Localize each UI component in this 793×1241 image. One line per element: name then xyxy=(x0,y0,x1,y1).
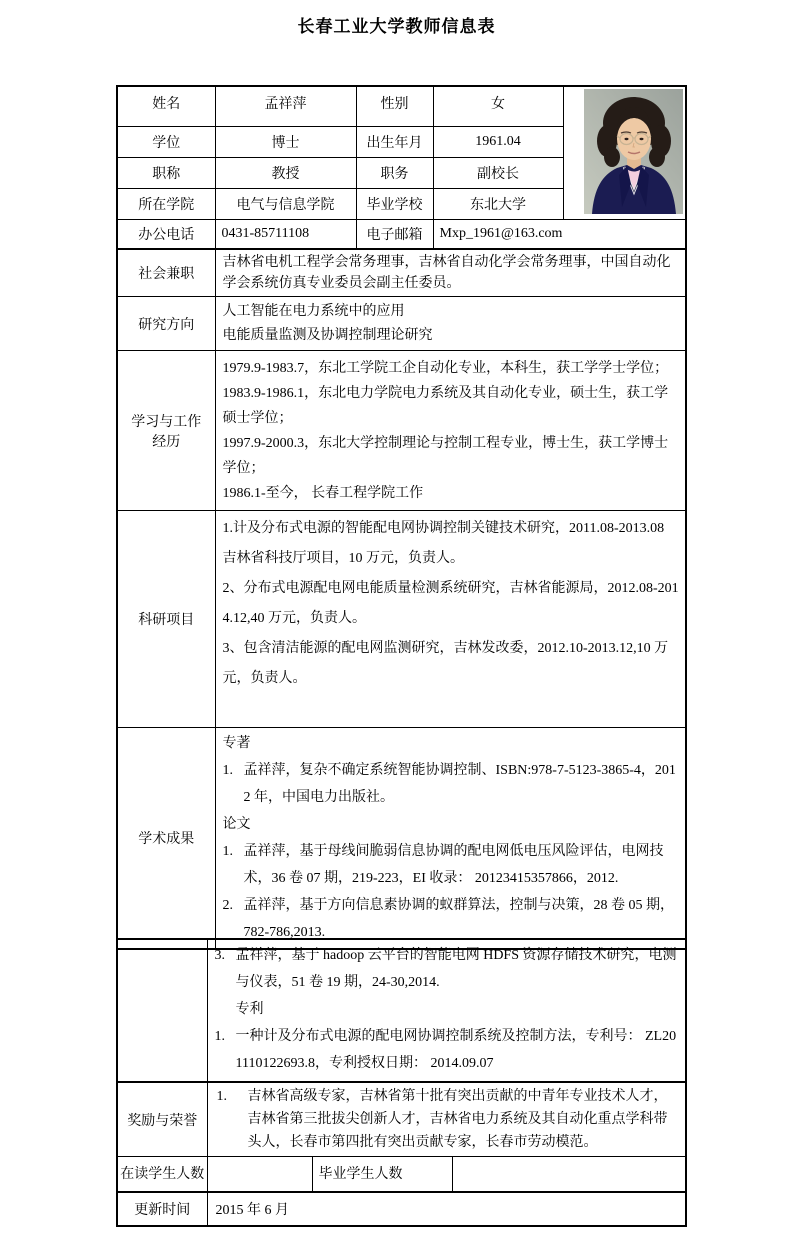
papers-heading: 论文 xyxy=(223,811,680,838)
monograph-item: 1. 孟祥萍，复杂不确定系统智能协调控制、ISBN:978-7-5123-386… xyxy=(223,757,680,811)
research-line: 人工智能在电力系统中的应用 xyxy=(223,300,680,324)
row-achievements: 学术成果 专著 1. 孟祥萍，复杂不确定系统智能协调控制、ISBN:978-7-… xyxy=(117,728,686,950)
experience-item: 1986.1-至今， 长春工程学院工作 xyxy=(223,481,680,506)
item-text: 吉林省高级专家，吉林省第十批有突出贡献的中青年专业技术人才，吉林省第三批拔尖创新… xyxy=(248,1089,668,1150)
achievements-label: 学术成果 xyxy=(117,728,215,950)
patent-item: 1. 一种计及分布式电源的配电网协调控制系统及控制方法，专利号： ZL20111… xyxy=(215,1023,680,1077)
college-label: 所在学院 xyxy=(117,188,215,219)
row-awards: 奖励与荣誉 1. 吉林省高级专家，吉林省第十批有突出贡献的中青年专业技术人才，吉… xyxy=(117,1082,686,1157)
patent-heading: 专利 xyxy=(215,996,680,1023)
project-item: 1.计及分布式电源的智能配电网协调控制关键技术研究，2011.08-2013.0… xyxy=(223,514,680,574)
experience-item: 1997.9-2000.3，东北大学控制理论与控制工程专业，博士生，获工学博士学… xyxy=(223,431,680,481)
birth-label: 出生年月 xyxy=(356,126,433,157)
achievements-continued-empty-label xyxy=(117,939,207,1082)
achievements-continued-text: 3. 孟祥萍，基于 hadoop 云平台的智能电网 HDFS 资源存储技术研究，… xyxy=(207,939,686,1082)
degree-label: 学位 xyxy=(117,126,215,157)
graduated-students-value xyxy=(452,1157,686,1192)
position-value: 副校长 xyxy=(433,157,563,188)
degree-value: 博士 xyxy=(215,126,356,157)
item-number: 1. xyxy=(223,757,234,784)
teacher-info-table-continued: 3. 孟祥萍，基于 hadoop 云平台的智能电网 HDFS 资源存储技术研究，… xyxy=(116,938,687,1227)
email-label: 电子邮箱 xyxy=(356,219,433,249)
project-item: 3、包含清洁能源的配电网监测研究，吉林发改委，2012.10-2013.12,1… xyxy=(223,634,680,694)
item-number: 1. xyxy=(217,1085,228,1108)
photo-cell xyxy=(563,86,686,219)
teacher-info-table-main: 姓名 孟祥萍 性别 女 xyxy=(116,85,687,950)
row-students: 在读学生人数 毕业学生人数 xyxy=(117,1157,686,1192)
updated-label: 更新时间 xyxy=(117,1192,207,1226)
graduated-students-label: 毕业学生人数 xyxy=(312,1157,452,1192)
paper-item: 1. 孟祥萍，基于母线间脆弱信息协调的配电网低电压风险评估，电网技术，36 卷 … xyxy=(223,838,680,892)
project-item: 2、分布式电源配电网电能质量检测系统研究，吉林省能源局，2012.08-2014… xyxy=(223,574,680,634)
paper-item: 3. 孟祥萍，基于 hadoop 云平台的智能电网 HDFS 资源存储技术研究，… xyxy=(215,942,680,996)
item-text: 孟祥萍，基于母线间脆弱信息协调的配电网低电压风险评估，电网技术，36 卷 07 … xyxy=(244,844,664,886)
experience-label-line2: 经历 xyxy=(120,431,213,451)
phone-label: 办公电话 xyxy=(117,219,215,249)
row-research-direction: 研究方向 人工智能在电力系统中的应用 电能质量监测及协调控制理论研究 xyxy=(117,297,686,351)
alma-mater-value: 东北大学 xyxy=(433,188,563,219)
item-text: 孟祥萍，复杂不确定系统智能协调控制、ISBN:978-7-5123-3865-4… xyxy=(244,763,676,805)
awards-text: 1. 吉林省高级专家，吉林省第十批有突出贡献的中青年专业技术人才，吉林省第三批拔… xyxy=(207,1082,686,1157)
item-text: 一种计及分布式电源的配电网协调控制系统及控制方法，专利号： ZL20111012… xyxy=(236,1029,677,1071)
row-phone-email: 办公电话 0431-85711108 电子邮箱 Mxp_1961@163.com xyxy=(117,219,686,249)
row-social: 社会兼职 吉林省电机工程学会常务理事，吉林省自动化学会常务理事，中国自动化学会系… xyxy=(117,249,686,297)
item-number: 2. xyxy=(223,892,234,919)
experience-item: 1979.9-1983.7，东北工学院工企自动化专业，本科生，获工学学士学位； xyxy=(223,356,680,381)
portrait-illustration xyxy=(584,89,683,214)
phone-value: 0431-85711108 xyxy=(215,219,356,249)
college-value: 电气与信息学院 xyxy=(215,188,356,219)
monograph-heading: 专著 xyxy=(223,730,680,757)
current-students-label: 在读学生人数 xyxy=(117,1157,207,1192)
name-label: 姓名 xyxy=(117,86,215,126)
alma-mater-label: 毕业学校 xyxy=(356,188,433,219)
social-label: 社会兼职 xyxy=(117,249,215,297)
gender-label: 性别 xyxy=(356,86,433,126)
experience-text: 1979.9-1983.7，东北工学院工企自动化专业，本科生，获工学学士学位； … xyxy=(215,351,686,511)
research-direction-text: 人工智能在电力系统中的应用 电能质量监测及协调控制理论研究 xyxy=(215,297,686,351)
award-item: 1. 吉林省高级专家，吉林省第十批有突出贡献的中青年专业技术人才，吉林省第三批拔… xyxy=(215,1085,680,1154)
current-students-value xyxy=(207,1157,312,1192)
item-text: 孟祥萍，基于方向信息素协调的蚁群算法，控制与决策，28 卷 05 期，782-7… xyxy=(244,898,675,940)
projects-text: 1.计及分布式电源的智能配电网协调控制关键技术研究，2011.08-2013.0… xyxy=(215,511,686,728)
birth-value: 1961.04 xyxy=(433,126,563,157)
name-value: 孟祥萍 xyxy=(215,86,356,126)
social-text: 吉林省电机工程学会常务理事，吉林省自动化学会常务理事，中国自动化学会系统仿真专业… xyxy=(215,249,686,297)
achievements-text: 专著 1. 孟祥萍，复杂不确定系统智能协调控制、ISBN:978-7-5123-… xyxy=(215,728,686,950)
experience-label-line1: 学习与工作 xyxy=(120,411,213,431)
page-title: 长春工业大学教师信息表 xyxy=(0,12,793,37)
prof-title-label: 职称 xyxy=(117,157,215,188)
teacher-photo xyxy=(584,89,683,214)
experience-item: 1983.9-1986.1，东北电力学院电力系统及其自动化专业，硕士生，获工学硕… xyxy=(223,381,680,431)
row-experience: 学习与工作 经历 1979.9-1983.7，东北工学院工企自动化专业，本科生，… xyxy=(117,351,686,511)
row-updated: 更新时间 2015 年 6 月 xyxy=(117,1192,686,1226)
updated-value: 2015 年 6 月 xyxy=(207,1192,686,1226)
item-number: 1. xyxy=(223,838,234,865)
research-line: 电能质量监测及协调控制理论研究 xyxy=(223,324,680,348)
experience-label: 学习与工作 经历 xyxy=(117,351,215,511)
research-direction-label: 研究方向 xyxy=(117,297,215,351)
item-number: 1. xyxy=(215,1023,226,1050)
row-name-gender: 姓名 孟祥萍 性别 女 xyxy=(117,86,686,126)
position-label: 职务 xyxy=(356,157,433,188)
awards-label: 奖励与荣誉 xyxy=(117,1082,207,1157)
row-projects: 科研项目 1.计及分布式电源的智能配电网协调控制关键技术研究，2011.08-2… xyxy=(117,511,686,728)
row-achievements-continued: 3. 孟祥萍，基于 hadoop 云平台的智能电网 HDFS 资源存储技术研究，… xyxy=(117,939,686,1082)
prof-title-value: 教授 xyxy=(215,157,356,188)
gender-value: 女 xyxy=(433,86,563,126)
teacher-info-form-page: 长春工业大学教师信息表 姓名 孟祥萍 性别 女 xyxy=(0,0,793,1241)
item-number: 3. xyxy=(215,942,226,969)
email-value: Mxp_1961@163.com xyxy=(433,219,686,249)
item-text: 孟祥萍，基于 hadoop 云平台的智能电网 HDFS 资源存储技术研究，电测与… xyxy=(236,948,677,990)
projects-label: 科研项目 xyxy=(117,511,215,728)
